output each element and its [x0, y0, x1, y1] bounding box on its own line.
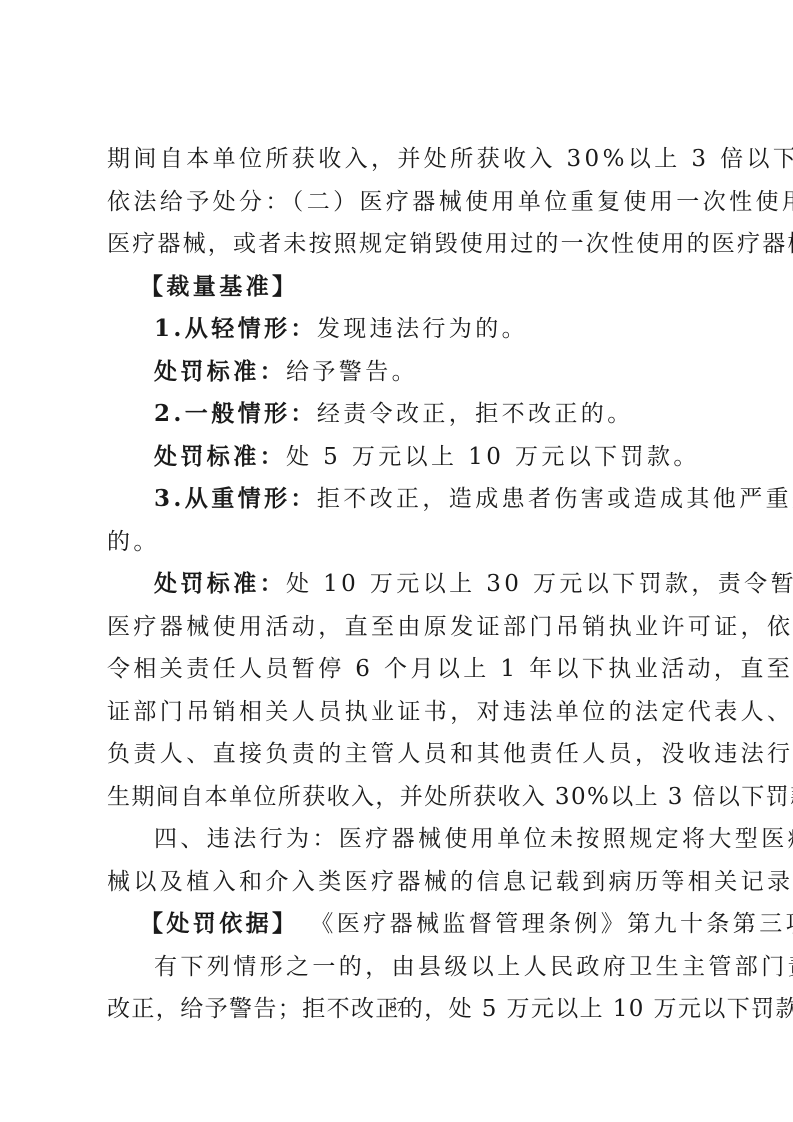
- penalty-label: 处罚标准：: [154, 443, 286, 470]
- heavy-label: 3.从重情形：: [154, 485, 317, 512]
- body-line: 期间自本单位所获收入，并处所获收入 30%以上 3 倍以下罚款，: [107, 138, 699, 181]
- discretion-heading: 【裁量基准】: [107, 266, 699, 309]
- heavy-penalty: 处罚标准：处 10 万元以上 30 万元以下罚款，责令暂停相关: [107, 563, 699, 606]
- page-number: 87: [0, 1000, 793, 1016]
- page-body: 期间自本单位所获收入，并处所获收入 30%以上 3 倍以下罚款， 依法给予处分：…: [107, 138, 699, 1031]
- body-line: 依法给予处分：（二）医疗器械使用单位重复使用一次性使用的: [107, 181, 699, 224]
- penalty-label: 处罚标准：: [154, 358, 286, 385]
- heavy-penalty-line: 证部门吊销相关人员执业证书，对违法单位的法定代表人、主要: [107, 691, 699, 734]
- penalty-basis: 【处罚依据】《医疗器械监督管理条例》第九十条第三项: [107, 903, 699, 946]
- heavy-penalty-line: 令相关责任人员暂停 6 个月以上 1 年以下执业活动，直至由原发: [107, 648, 699, 691]
- penalty-text: 处 5 万元以上 10 万元以下罚款。: [286, 444, 700, 470]
- heavy-penalty-line: 医疗器械使用活动，直至由原发证部门吊销执业许可证，依法责: [107, 606, 699, 649]
- general-circumstance: 2.一般情形：经责令改正，拒不改正的。: [107, 393, 699, 436]
- heavy-penalty-line: 生期间自本单位所获收入，并处所获收入 30%以上 3 倍以下罚款。: [107, 776, 699, 819]
- light-text: 发现违法行为的。: [317, 316, 528, 342]
- general-text: 经责令改正，拒不改正的。: [317, 401, 634, 427]
- heavy-circumstance: 3.从重情形：拒不改正，造成患者伤害或造成其他严重后果: [107, 478, 699, 521]
- general-penalty: 处罚标准：处 5 万元以上 10 万元以下罚款。: [107, 436, 699, 479]
- penalty-label: 处罚标准：: [154, 570, 286, 597]
- violation-item-4: 四、违法行为：医疗器械使用单位未按照规定将大型医疗器: [107, 818, 699, 861]
- heavy-text: 拒不改正，造成患者伤害或造成其他严重后果: [317, 486, 793, 512]
- heavy-penalty-line: 负责人、直接负责的主管人员和其他责任人员，没收违法行为发: [107, 733, 699, 776]
- provision-line: 有下列情形之一的，由县级以上人民政府卫生主管部门责令: [107, 946, 699, 989]
- body-line: 医疗器械，或者未按照规定销毁使用过的一次性使用的医疗器械。: [107, 223, 699, 266]
- light-circumstance: 1.从轻情形：发现违法行为的。: [107, 308, 699, 351]
- penalty-text: 处 10 万元以上 30 万元以下罚款，责令暂停相关: [286, 571, 793, 597]
- penalty-text: 给予警告。: [286, 359, 418, 385]
- basis-label: 【处罚依据】: [140, 910, 298, 937]
- general-label: 2.一般情形：: [154, 400, 317, 427]
- violation-item-4-cont: 械以及植入和介入类医疗器械的信息记载到病历等相关记录中: [107, 861, 699, 904]
- light-penalty: 处罚标准：给予警告。: [107, 351, 699, 394]
- heavy-circumstance-cont: 的。: [107, 521, 699, 564]
- light-label: 1.从轻情形：: [154, 315, 317, 342]
- basis-text: 《医疗器械监督管理条例》第九十条第三项: [310, 911, 793, 937]
